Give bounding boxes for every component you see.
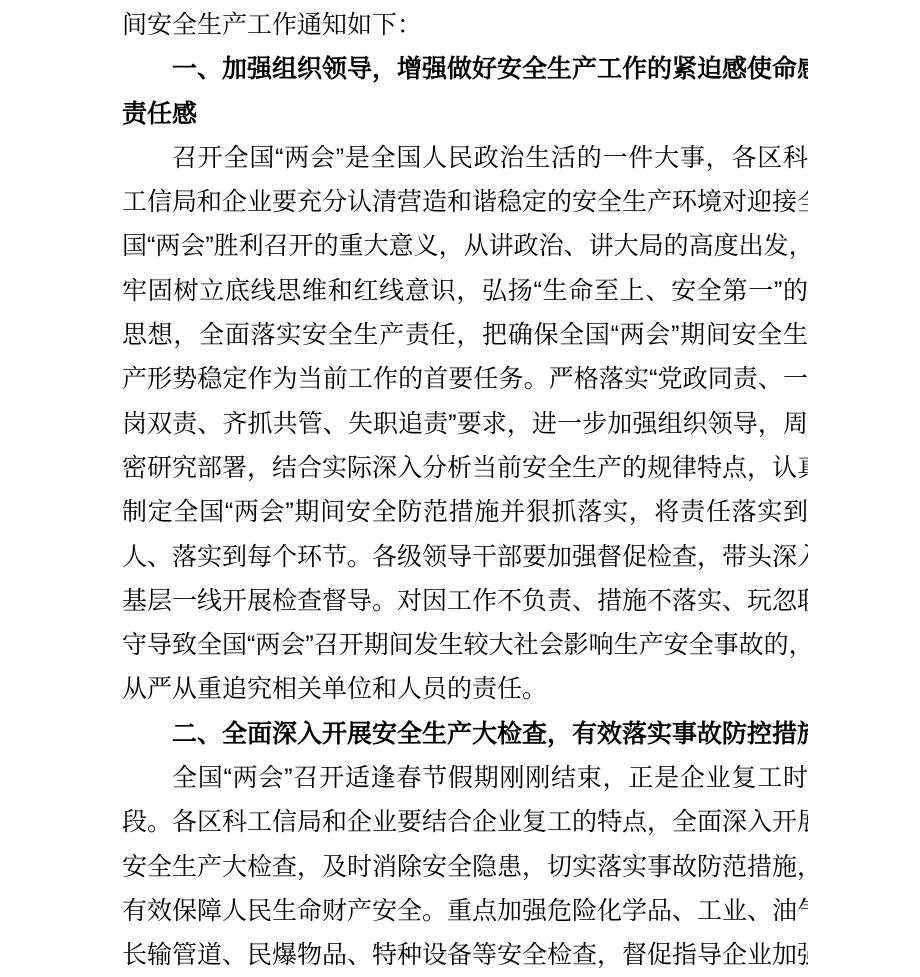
doc-line: 间安全生产工作通知如下：	[122, 3, 808, 47]
doc-line: 长输管道、民爆物品、特种设备等安全检查，督促指导企业加强	[122, 933, 808, 977]
doc-line: 人、落实到每个环节。各级领导干部要加强督促检查，带头深入	[122, 535, 808, 579]
document-page: 间安全生产工作通知如下： 一、加强组织领导，增强做好安全生产工作的紧迫感使命感 …	[0, 0, 920, 977]
doc-line: 工信局和企业要充分认清营造和谐稳定的安全生产环境对迎接全	[122, 180, 808, 224]
doc-line: 基层一线开展检查督导。对因工作不负责、措施不落实、玩忽职	[122, 579, 808, 623]
doc-line: 思想，全面落实安全生产责任，把确保全国“两会”期间安全生	[122, 313, 808, 357]
section-heading-line: 一、加强组织领导，增强做好安全生产工作的紧迫感使命感	[122, 47, 808, 91]
doc-line: 牢固树立底线思维和红线意识，弘扬“生命至上、安全第一”的	[122, 269, 808, 313]
doc-line: 从严从重追究相关单位和人员的责任。	[122, 667, 808, 711]
doc-line: 制定全国“两会”期间安全防范措施并狠抓落实，将责任落实到	[122, 490, 808, 534]
doc-line: 有效保障人民生命财产安全。重点加强危险化学品、工业、油气	[122, 889, 808, 933]
doc-line: 岗双责、齐抓共管、失职追责”要求，进一步加强组织领导，周	[122, 402, 808, 446]
section-heading-line: 责任感	[122, 92, 808, 136]
doc-line: 国“两会”胜利召开的重大意义，从讲政治、讲大局的高度出发，	[122, 224, 808, 268]
doc-line: 密研究部署，结合实际深入分析当前安全生产的规律特点，认真	[122, 446, 808, 490]
doc-line: 召开全国“两会”是全国人民政治生活的一件大事，各区科	[122, 136, 808, 180]
doc-line: 产形势稳定作为当前工作的首要任务。严格落实“党政同责、一	[122, 357, 808, 401]
doc-line: 守导致全国“两会”召开期间发生较大社会影响生产安全事故的，	[122, 623, 808, 667]
doc-line: 全国“两会”召开适逢春节假期刚刚结束，正是企业复工时	[122, 756, 808, 800]
doc-line: 安全生产大检查，及时消除安全隐患，切实落实事故防范措施，	[122, 845, 808, 889]
doc-line: 段。各区科工信局和企业要结合企业复工的特点，全面深入开展	[122, 800, 808, 844]
section-heading-line: 二、全面深入开展安全生产大检查，有效落实事故防控措施	[122, 712, 808, 756]
